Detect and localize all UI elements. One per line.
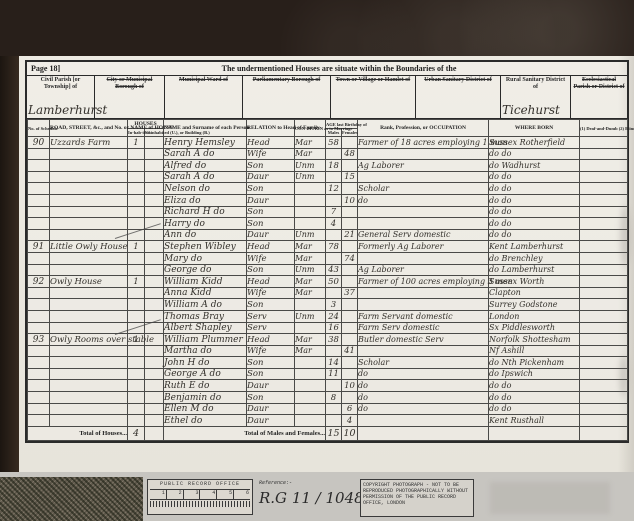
cell-inhabited bbox=[128, 171, 145, 183]
cell-disability bbox=[580, 415, 628, 427]
cell-house bbox=[50, 252, 128, 264]
cell-house bbox=[50, 194, 128, 206]
cell-disability bbox=[580, 334, 628, 346]
cell-schedule: 90 bbox=[28, 137, 50, 149]
cell-name: Nelson do bbox=[164, 183, 247, 195]
cell-disability bbox=[580, 160, 628, 172]
cell-inhabited bbox=[128, 194, 145, 206]
ruler-scale: 123456 bbox=[150, 489, 250, 500]
ruler-number: 1 bbox=[150, 490, 167, 499]
boundary-field: City or Municipal Borough of bbox=[95, 76, 165, 118]
cell-female bbox=[342, 322, 358, 334]
cell-uninhabited bbox=[145, 241, 164, 253]
cell-born: do do bbox=[489, 392, 580, 404]
cell-uninhabited bbox=[145, 368, 164, 380]
table-row: Ethel doDaur4Kent Rusthall bbox=[28, 415, 628, 427]
table-row: Alfred doSonUnm18Ag Laborerdo Wadhurst bbox=[28, 160, 628, 172]
cell-relation: Daur bbox=[247, 415, 295, 427]
census-rows: 90Uzzards Farm1Henry HemsleyHeadMar58Far… bbox=[28, 137, 628, 427]
col-header-relation: RELATION to Head of Family bbox=[247, 120, 295, 137]
col-header-occupation: Rank, Profession, or OCCUPATION bbox=[358, 120, 489, 137]
cell-relation: Son bbox=[247, 368, 295, 380]
cell-male: 38 bbox=[326, 334, 342, 346]
cell-disability bbox=[580, 137, 628, 149]
table-row: Anna KiddWifeMar37Clapton bbox=[28, 287, 628, 299]
cell-inhabited bbox=[128, 160, 145, 172]
cell-condition: Mar bbox=[295, 334, 326, 346]
cell-house bbox=[50, 264, 128, 276]
cell-inhabited: 1 bbox=[128, 137, 145, 149]
cell-born: London bbox=[489, 310, 580, 322]
cell-occupation: Farm Servant domestic bbox=[358, 310, 489, 322]
col-header-born: WHERE BORN bbox=[489, 120, 580, 137]
table-row: Sarah A doDaurUnm15do do bbox=[28, 171, 628, 183]
census-table: No. of Schedule ROAD, STREET, &c., and N… bbox=[27, 119, 628, 441]
cell-name: William A do bbox=[164, 299, 247, 311]
cell-name: Martha do bbox=[164, 345, 247, 357]
cell-house bbox=[50, 357, 128, 369]
cell-name: Sarah A do bbox=[164, 148, 247, 160]
cell-inhabited bbox=[128, 415, 145, 427]
cell-born: do Lamberhurst bbox=[489, 264, 580, 276]
col-header-inhabited: In-hab-ited bbox=[128, 129, 145, 137]
cell-male bbox=[326, 229, 342, 241]
cell-condition bbox=[295, 206, 326, 218]
reference-label: Reference:- bbox=[259, 480, 353, 486]
cell-born: do do bbox=[489, 218, 580, 230]
cell-male: 4 bbox=[326, 218, 342, 230]
cell-female bbox=[342, 137, 358, 149]
cell-occupation: Formerly Ag Laborer bbox=[358, 241, 489, 253]
cell-disability bbox=[580, 148, 628, 160]
empty-cell bbox=[358, 426, 489, 440]
cell-name: Stephen Wibley bbox=[164, 241, 247, 253]
cell-born: Sx Piddlesworth bbox=[489, 322, 580, 334]
table-row: John H doSon14Scholardo Nth Pickenham bbox=[28, 357, 628, 369]
cell-male: 24 bbox=[326, 310, 342, 322]
cell-born: do Brenchley bbox=[489, 252, 580, 264]
cell-schedule: 92 bbox=[28, 276, 50, 288]
form-title: The undermentioned Houses are situate wi… bbox=[111, 64, 627, 73]
cell-disability bbox=[580, 322, 628, 334]
table-row: Benjamin doSon8dodo do bbox=[28, 392, 628, 404]
cell-female: 4 bbox=[342, 415, 358, 427]
cell-inhabited bbox=[128, 264, 145, 276]
cell-house: Owly House bbox=[50, 276, 128, 288]
cell-female bbox=[342, 334, 358, 346]
boundary-field-value: Ticehurst bbox=[502, 103, 560, 117]
cell-born: do do bbox=[489, 380, 580, 392]
cell-male: 14 bbox=[326, 357, 342, 369]
boundary-field: Civil Parish [or Township] ofLamberhurst bbox=[27, 76, 95, 118]
cell-male bbox=[326, 171, 342, 183]
cell-schedule bbox=[28, 322, 50, 334]
cell-female: 6 bbox=[342, 403, 358, 415]
cell-male: 18 bbox=[326, 160, 342, 172]
cell-male bbox=[326, 415, 342, 427]
cell-condition: Mar bbox=[295, 148, 326, 160]
boundary-field: Urban Sanitary District of bbox=[416, 76, 501, 118]
copyright-box: COPYRIGHT PHOTOGRAPH - NOT TO BE REPRODU… bbox=[360, 479, 474, 517]
cell-occupation: Ag Laborer bbox=[358, 264, 489, 276]
cell-female bbox=[342, 368, 358, 380]
cell-male bbox=[326, 380, 342, 392]
census-scan-screen: Page 18] The undermentioned Houses are s… bbox=[0, 0, 634, 521]
ruler-number: 2 bbox=[167, 490, 184, 499]
cell-occupation: Farmer of 100 acres employing 3 men bbox=[358, 276, 489, 288]
cell-condition bbox=[295, 322, 326, 334]
census-form: Page 18] The undermentioned Houses are s… bbox=[25, 60, 629, 443]
cell-condition: Unm bbox=[295, 264, 326, 276]
empty-cell bbox=[489, 426, 580, 440]
cell-schedule bbox=[28, 160, 50, 172]
cell-uninhabited bbox=[145, 357, 164, 369]
microfilm-left-border bbox=[0, 56, 19, 472]
cell-relation: Son bbox=[247, 392, 295, 404]
col-header-road: ROAD, STREET, &c., and No. or NAME of HO… bbox=[50, 120, 128, 137]
boundary-field: Parliamentary Borough of bbox=[243, 76, 331, 118]
cell-inhabited bbox=[128, 252, 145, 264]
cell-inhabited bbox=[128, 380, 145, 392]
total-mf-label: Total of Males and Females... bbox=[164, 426, 326, 440]
microfilm-top-border bbox=[0, 0, 634, 56]
cell-schedule: 91 bbox=[28, 241, 50, 253]
boundary-field-label: Municipal Ward of bbox=[167, 77, 240, 84]
cell-female bbox=[342, 299, 358, 311]
cell-male bbox=[326, 148, 342, 160]
cell-inhabited bbox=[128, 357, 145, 369]
table-row: Ruth E doDaur10dodo do bbox=[28, 380, 628, 392]
pro-title: PUBLIC RECORD OFFICE bbox=[150, 481, 250, 487]
col-header-males: Males bbox=[326, 129, 342, 137]
boundary-field-label: Civil Parish [or Township] of bbox=[29, 77, 92, 91]
cell-born: Kent Lamberhurst bbox=[489, 241, 580, 253]
cell-house bbox=[50, 403, 128, 415]
cell-male: 7 bbox=[326, 206, 342, 218]
cell-uninhabited bbox=[145, 252, 164, 264]
cell-condition bbox=[295, 194, 326, 206]
cell-house: Little Owly House bbox=[50, 241, 128, 253]
cell-name: Richard H do bbox=[164, 206, 247, 218]
cell-relation: Serv bbox=[247, 322, 295, 334]
cell-schedule bbox=[28, 368, 50, 380]
cell-male: 12 bbox=[326, 183, 342, 195]
cell-occupation: do bbox=[358, 392, 489, 404]
cell-relation: Son bbox=[247, 206, 295, 218]
cell-inhabited: 1 bbox=[128, 276, 145, 288]
cell-born: Nf Ashill bbox=[489, 345, 580, 357]
table-row: Eliza doDaur10dodo do bbox=[28, 194, 628, 206]
cell-name: Anna Kidd bbox=[164, 287, 247, 299]
cell-condition: Mar bbox=[295, 252, 326, 264]
cell-occupation: Farm Serv domestic bbox=[358, 322, 489, 334]
table-row: 90Uzzards Farm1Henry HemsleyHeadMar58Far… bbox=[28, 137, 628, 149]
cell-occupation bbox=[358, 345, 489, 357]
cell-disability bbox=[580, 264, 628, 276]
boundary-field-label: Rural Sanitary District of bbox=[503, 77, 568, 91]
cell-relation: Wife bbox=[247, 345, 295, 357]
cell-disability bbox=[580, 299, 628, 311]
cell-uninhabited bbox=[145, 380, 164, 392]
cell-schedule bbox=[28, 310, 50, 322]
cell-condition: Mar bbox=[295, 137, 326, 149]
cell-born: Clapton bbox=[489, 287, 580, 299]
cell-name: Harry do bbox=[164, 218, 247, 230]
cell-inhabited bbox=[128, 403, 145, 415]
cell-disability bbox=[580, 345, 628, 357]
photo-footer-strip: PUBLIC RECORD OFFICE 123456 Reference:- … bbox=[0, 472, 634, 521]
boundary-field-label: City or Municipal Borough of bbox=[97, 77, 162, 91]
cell-house bbox=[50, 310, 128, 322]
cell-uninhabited bbox=[145, 137, 164, 149]
cell-male bbox=[326, 287, 342, 299]
cell-female: 37 bbox=[342, 287, 358, 299]
cell-male: 78 bbox=[326, 241, 342, 253]
cell-schedule bbox=[28, 415, 50, 427]
cell-occupation bbox=[358, 218, 489, 230]
cell-condition bbox=[295, 380, 326, 392]
cell-born: Surrey Godstone bbox=[489, 299, 580, 311]
boundary-field-label: Ecclesiastical Parish or District of bbox=[573, 77, 625, 91]
totals-row: Total of Houses... 4 Total of Males and … bbox=[28, 426, 628, 440]
boundary-field: Town or Village or Hamlet of bbox=[331, 76, 416, 118]
cell-name: Albert Shapley bbox=[164, 322, 247, 334]
cell-house: Owly Rooms over stable bbox=[50, 334, 128, 346]
cell-relation: Head bbox=[247, 276, 295, 288]
cell-relation: Wife bbox=[247, 148, 295, 160]
cell-occupation: do bbox=[358, 368, 489, 380]
cell-relation: Head bbox=[247, 137, 295, 149]
cell-inhabited bbox=[128, 392, 145, 404]
cell-uninhabited bbox=[145, 345, 164, 357]
cell-uninhabited bbox=[145, 299, 164, 311]
table-row: Harry doSon4do do bbox=[28, 218, 628, 230]
cell-house bbox=[50, 229, 128, 241]
cell-relation: Wife bbox=[247, 252, 295, 264]
ruler-number: 4 bbox=[200, 490, 217, 499]
film-stamp-texture bbox=[0, 477, 143, 521]
table-row: George doSonUnm43Ag Laborerdo Lamberhurs… bbox=[28, 264, 628, 276]
cell-born: do Nth Pickenham bbox=[489, 357, 580, 369]
cell-male: 11 bbox=[326, 368, 342, 380]
table-row: 92Owly House1William KiddHeadMar50Farmer… bbox=[28, 276, 628, 288]
cell-relation: Daur bbox=[247, 194, 295, 206]
table-row: Richard H doSon7do do bbox=[28, 206, 628, 218]
cell-occupation: do bbox=[358, 194, 489, 206]
cell-occupation: Scholar bbox=[358, 183, 489, 195]
ruler-number: 3 bbox=[184, 490, 201, 499]
cell-uninhabited bbox=[145, 287, 164, 299]
cell-name: Henry Hemsley bbox=[164, 137, 247, 149]
cell-relation: Daur bbox=[247, 171, 295, 183]
cell-male: 50 bbox=[326, 276, 342, 288]
cell-condition bbox=[295, 392, 326, 404]
cell-condition bbox=[295, 218, 326, 230]
cell-condition bbox=[295, 368, 326, 380]
cell-name: Ann do bbox=[164, 229, 247, 241]
cell-female: 10 bbox=[342, 380, 358, 392]
cell-condition: Mar bbox=[295, 345, 326, 357]
cell-house bbox=[50, 415, 128, 427]
cell-female bbox=[342, 276, 358, 288]
cell-schedule: 93 bbox=[28, 334, 50, 346]
cell-house: Uzzards Farm bbox=[50, 137, 128, 149]
cell-house bbox=[50, 345, 128, 357]
cell-born: do Ipswich bbox=[489, 368, 580, 380]
cell-uninhabited bbox=[145, 276, 164, 288]
boundary-field-label: Parliamentary Borough of bbox=[245, 77, 328, 84]
cell-schedule bbox=[28, 194, 50, 206]
cell-uninhabited bbox=[145, 183, 164, 195]
cell-uninhabited bbox=[145, 415, 164, 427]
cell-occupation bbox=[358, 148, 489, 160]
cell-male bbox=[326, 403, 342, 415]
cell-male bbox=[326, 194, 342, 206]
cell-female bbox=[342, 310, 358, 322]
cell-occupation: do bbox=[358, 380, 489, 392]
cell-female bbox=[342, 206, 358, 218]
cell-female bbox=[342, 357, 358, 369]
cell-inhabited bbox=[128, 287, 145, 299]
cell-house bbox=[50, 160, 128, 172]
scan-smudge bbox=[620, 206, 630, 266]
cell-relation: Son bbox=[247, 183, 295, 195]
cell-name: Sarah A do bbox=[164, 171, 247, 183]
boundary-field: Ecclesiastical Parish or District of bbox=[571, 76, 627, 118]
cell-name: William Plummer bbox=[164, 334, 247, 346]
strip-smudge bbox=[490, 482, 610, 514]
cell-inhabited bbox=[128, 148, 145, 160]
ruler-ticks bbox=[150, 501, 250, 507]
col-header-condition: CON-DITION as to Marriage bbox=[295, 120, 326, 137]
cell-name: George A do bbox=[164, 368, 247, 380]
cell-occupation: Scholar bbox=[358, 357, 489, 369]
col-header-uninhabited: Uninhabited (U.), or Building (B.) bbox=[145, 129, 164, 137]
ruler-number: 6 bbox=[234, 490, 250, 499]
cell-occupation: Ag Laborer bbox=[358, 160, 489, 172]
cell-uninhabited bbox=[145, 392, 164, 404]
cell-uninhabited bbox=[145, 206, 164, 218]
cell-name: Ruth E do bbox=[164, 380, 247, 392]
cell-disability bbox=[580, 403, 628, 415]
cell-born: Sussex Rotherfield bbox=[489, 137, 580, 149]
cell-house bbox=[50, 183, 128, 195]
cell-condition: Mar bbox=[295, 287, 326, 299]
cell-condition bbox=[295, 403, 326, 415]
cell-schedule bbox=[28, 264, 50, 276]
cell-occupation bbox=[358, 299, 489, 311]
cell-house bbox=[50, 322, 128, 334]
cell-relation: Son bbox=[247, 299, 295, 311]
boundary-field: Rural Sanitary District ofTicehurst bbox=[501, 76, 571, 118]
cell-house bbox=[50, 171, 128, 183]
scan-smudge bbox=[619, 356, 628, 396]
empty-cell bbox=[145, 426, 164, 440]
cell-born: do do bbox=[489, 171, 580, 183]
boundary-field-label: Town or Village or Hamlet of bbox=[333, 77, 413, 84]
cell-female: 21 bbox=[342, 229, 358, 241]
cell-schedule bbox=[28, 299, 50, 311]
cell-born: Sussex Worth bbox=[489, 276, 580, 288]
cell-inhabited bbox=[128, 299, 145, 311]
cell-disability bbox=[580, 287, 628, 299]
table-head: No. of Schedule ROAD, STREET, &c., and N… bbox=[28, 120, 628, 137]
cell-female bbox=[342, 218, 358, 230]
cell-name: William Kidd bbox=[164, 276, 247, 288]
cell-schedule bbox=[28, 345, 50, 357]
cell-house bbox=[50, 299, 128, 311]
table-row: Ellen M doDaur6dodo do bbox=[28, 403, 628, 415]
cell-relation: Daur bbox=[247, 380, 295, 392]
cell-uninhabited bbox=[145, 160, 164, 172]
cell-female: 10 bbox=[342, 194, 358, 206]
cell-schedule bbox=[28, 357, 50, 369]
cell-house bbox=[50, 218, 128, 230]
cell-born: do do bbox=[489, 229, 580, 241]
total-males-value: 15 bbox=[326, 426, 342, 440]
cell-born: do do bbox=[489, 194, 580, 206]
cell-schedule bbox=[28, 403, 50, 415]
cell-relation: Son bbox=[247, 357, 295, 369]
ruler-number: 5 bbox=[217, 490, 234, 499]
table-row: Thomas BrayServUnm24Farm Servant domesti… bbox=[28, 310, 628, 322]
cell-name: Alfred do bbox=[164, 160, 247, 172]
cell-male: 8 bbox=[326, 392, 342, 404]
total-houses-value: 4 bbox=[128, 426, 145, 440]
cell-born: do do bbox=[489, 183, 580, 195]
cell-born: Norfolk Shottesham bbox=[489, 334, 580, 346]
cell-born: do do bbox=[489, 403, 580, 415]
cell-uninhabited bbox=[145, 194, 164, 206]
cell-female bbox=[342, 392, 358, 404]
cell-occupation: do bbox=[358, 403, 489, 415]
col-header-schedule: No. of Schedule bbox=[28, 120, 50, 137]
cell-schedule bbox=[28, 206, 50, 218]
cell-schedule bbox=[28, 252, 50, 264]
cell-born: do Wadhurst bbox=[489, 160, 580, 172]
cell-occupation: Farmer of 18 acres employing 1 man bbox=[358, 137, 489, 149]
cell-female bbox=[342, 183, 358, 195]
cell-uninhabited bbox=[145, 264, 164, 276]
cell-schedule bbox=[28, 148, 50, 160]
cell-name: Thomas Bray bbox=[164, 310, 247, 322]
cell-male: 43 bbox=[326, 264, 342, 276]
cell-occupation: Butler domestic Serv bbox=[358, 334, 489, 346]
cell-occupation bbox=[358, 171, 489, 183]
cell-relation: Son bbox=[247, 218, 295, 230]
cell-born: do do bbox=[489, 206, 580, 218]
col-header-disability: (1) Deaf-and-Dumb (2) Blind (3) Imbecile… bbox=[580, 120, 628, 137]
cell-name: George do bbox=[164, 264, 247, 276]
cell-relation: Son bbox=[247, 264, 295, 276]
cell-female bbox=[342, 160, 358, 172]
cell-house bbox=[50, 368, 128, 380]
cell-relation: Head bbox=[247, 334, 295, 346]
cell-condition: Unm bbox=[295, 171, 326, 183]
cell-male: 16 bbox=[326, 322, 342, 334]
col-header-females: Females bbox=[342, 129, 358, 137]
cell-house bbox=[50, 392, 128, 404]
cell-female: 15 bbox=[342, 171, 358, 183]
cell-house bbox=[50, 148, 128, 160]
boundary-field-label: Urban Sanitary District of bbox=[418, 77, 498, 84]
cell-male: 58 bbox=[326, 137, 342, 149]
cell-female bbox=[342, 264, 358, 276]
public-record-office-ruler: PUBLIC RECORD OFFICE 123456 bbox=[147, 479, 253, 515]
cell-male bbox=[326, 345, 342, 357]
census-page: Page 18] The undermentioned Houses are s… bbox=[19, 56, 634, 472]
cell-condition bbox=[295, 415, 326, 427]
